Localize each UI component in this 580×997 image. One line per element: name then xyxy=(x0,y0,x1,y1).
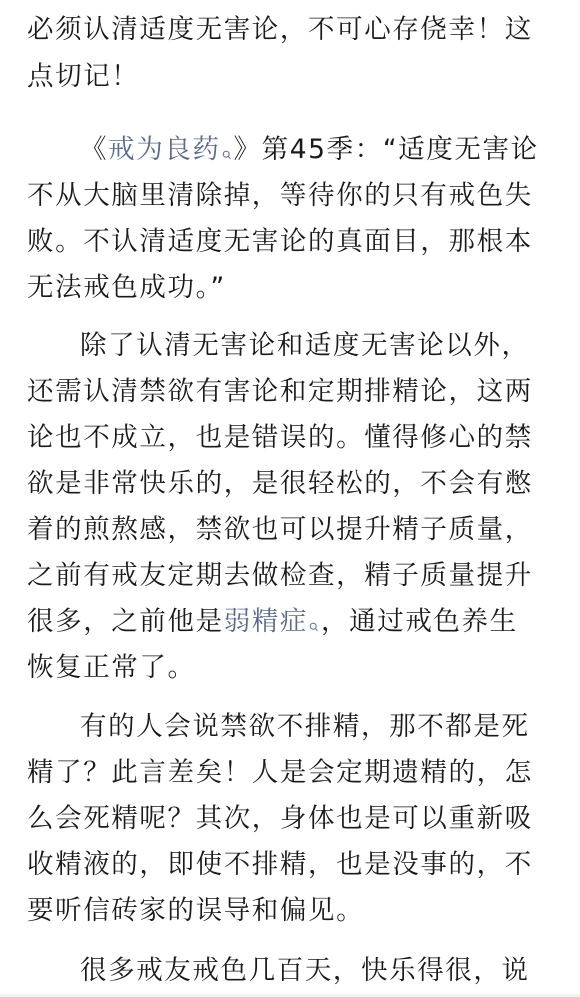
paragraph-line: 必须认清适度无害论，不可心存侥幸！这 xyxy=(27,10,557,50)
paragraph-line: 还需认清禁欲有害论和定期排精论，这两 xyxy=(27,372,557,412)
paragraph-line: 点切记！ xyxy=(27,57,557,97)
text-span: ，通过戒色养生 xyxy=(321,606,518,637)
paragraph-line: 无法戒色成功。” xyxy=(27,268,557,308)
search-icon[interactable] xyxy=(309,606,319,618)
paragraph-line: 有的人会说禁欲不排精，那不都是死 xyxy=(80,707,580,747)
paragraph-line: 之前有戒友定期去做检查，精子质量提升 xyxy=(27,556,557,596)
search-icon[interactable] xyxy=(222,134,232,146)
paragraph-line: 恢复正常了。 xyxy=(27,648,557,688)
keyword-link-jieweiliangyao[interactable]: 戒为良药 xyxy=(108,134,220,165)
paragraph-line: 么会死精呢？其次，身体也是可以重新吸 xyxy=(27,799,557,839)
text-span: 《 xyxy=(80,134,108,165)
text-span: 》第45季：“适度无害论 xyxy=(234,134,539,165)
paragraph-line: 败。不认清适度无害论的真面目，那根本 xyxy=(27,222,557,262)
keyword-link-ruojingzheng[interactable]: 弱精症 xyxy=(224,606,308,637)
paragraph-line: 收精液的，即使不排精，也是没事的，不 xyxy=(27,845,557,885)
paragraph-line: 《戒为良药》第45季：“适度无害论 xyxy=(80,130,580,170)
paragraph-line: 要听信砖家的误导和偏见。 xyxy=(27,891,557,931)
paragraph-line: 除了认清无害论和适度无害论以外， xyxy=(80,326,580,366)
paragraph-line: 不从大脑里清除掉，等待你的只有戒色失 xyxy=(27,176,557,216)
paragraph-line: 欲是非常快乐的，是很轻松的，不会有憋 xyxy=(27,464,557,504)
paragraph-line: 很多戒友戒色几百天，快乐得很，说 xyxy=(80,951,580,991)
text-span: 很多，之前他是 xyxy=(27,606,224,637)
paragraph-line: 着的煎熬感，禁欲也可以提升精子质量， xyxy=(27,510,557,550)
paragraph-line: 论也不成立，也是错误的。懂得修心的禁 xyxy=(27,418,557,458)
paragraph-line: 很多，之前他是弱精症，通过戒色养生 xyxy=(27,602,557,642)
paragraph-line: 精了？此言差矣！人是会定期遗精的，怎 xyxy=(27,753,557,793)
